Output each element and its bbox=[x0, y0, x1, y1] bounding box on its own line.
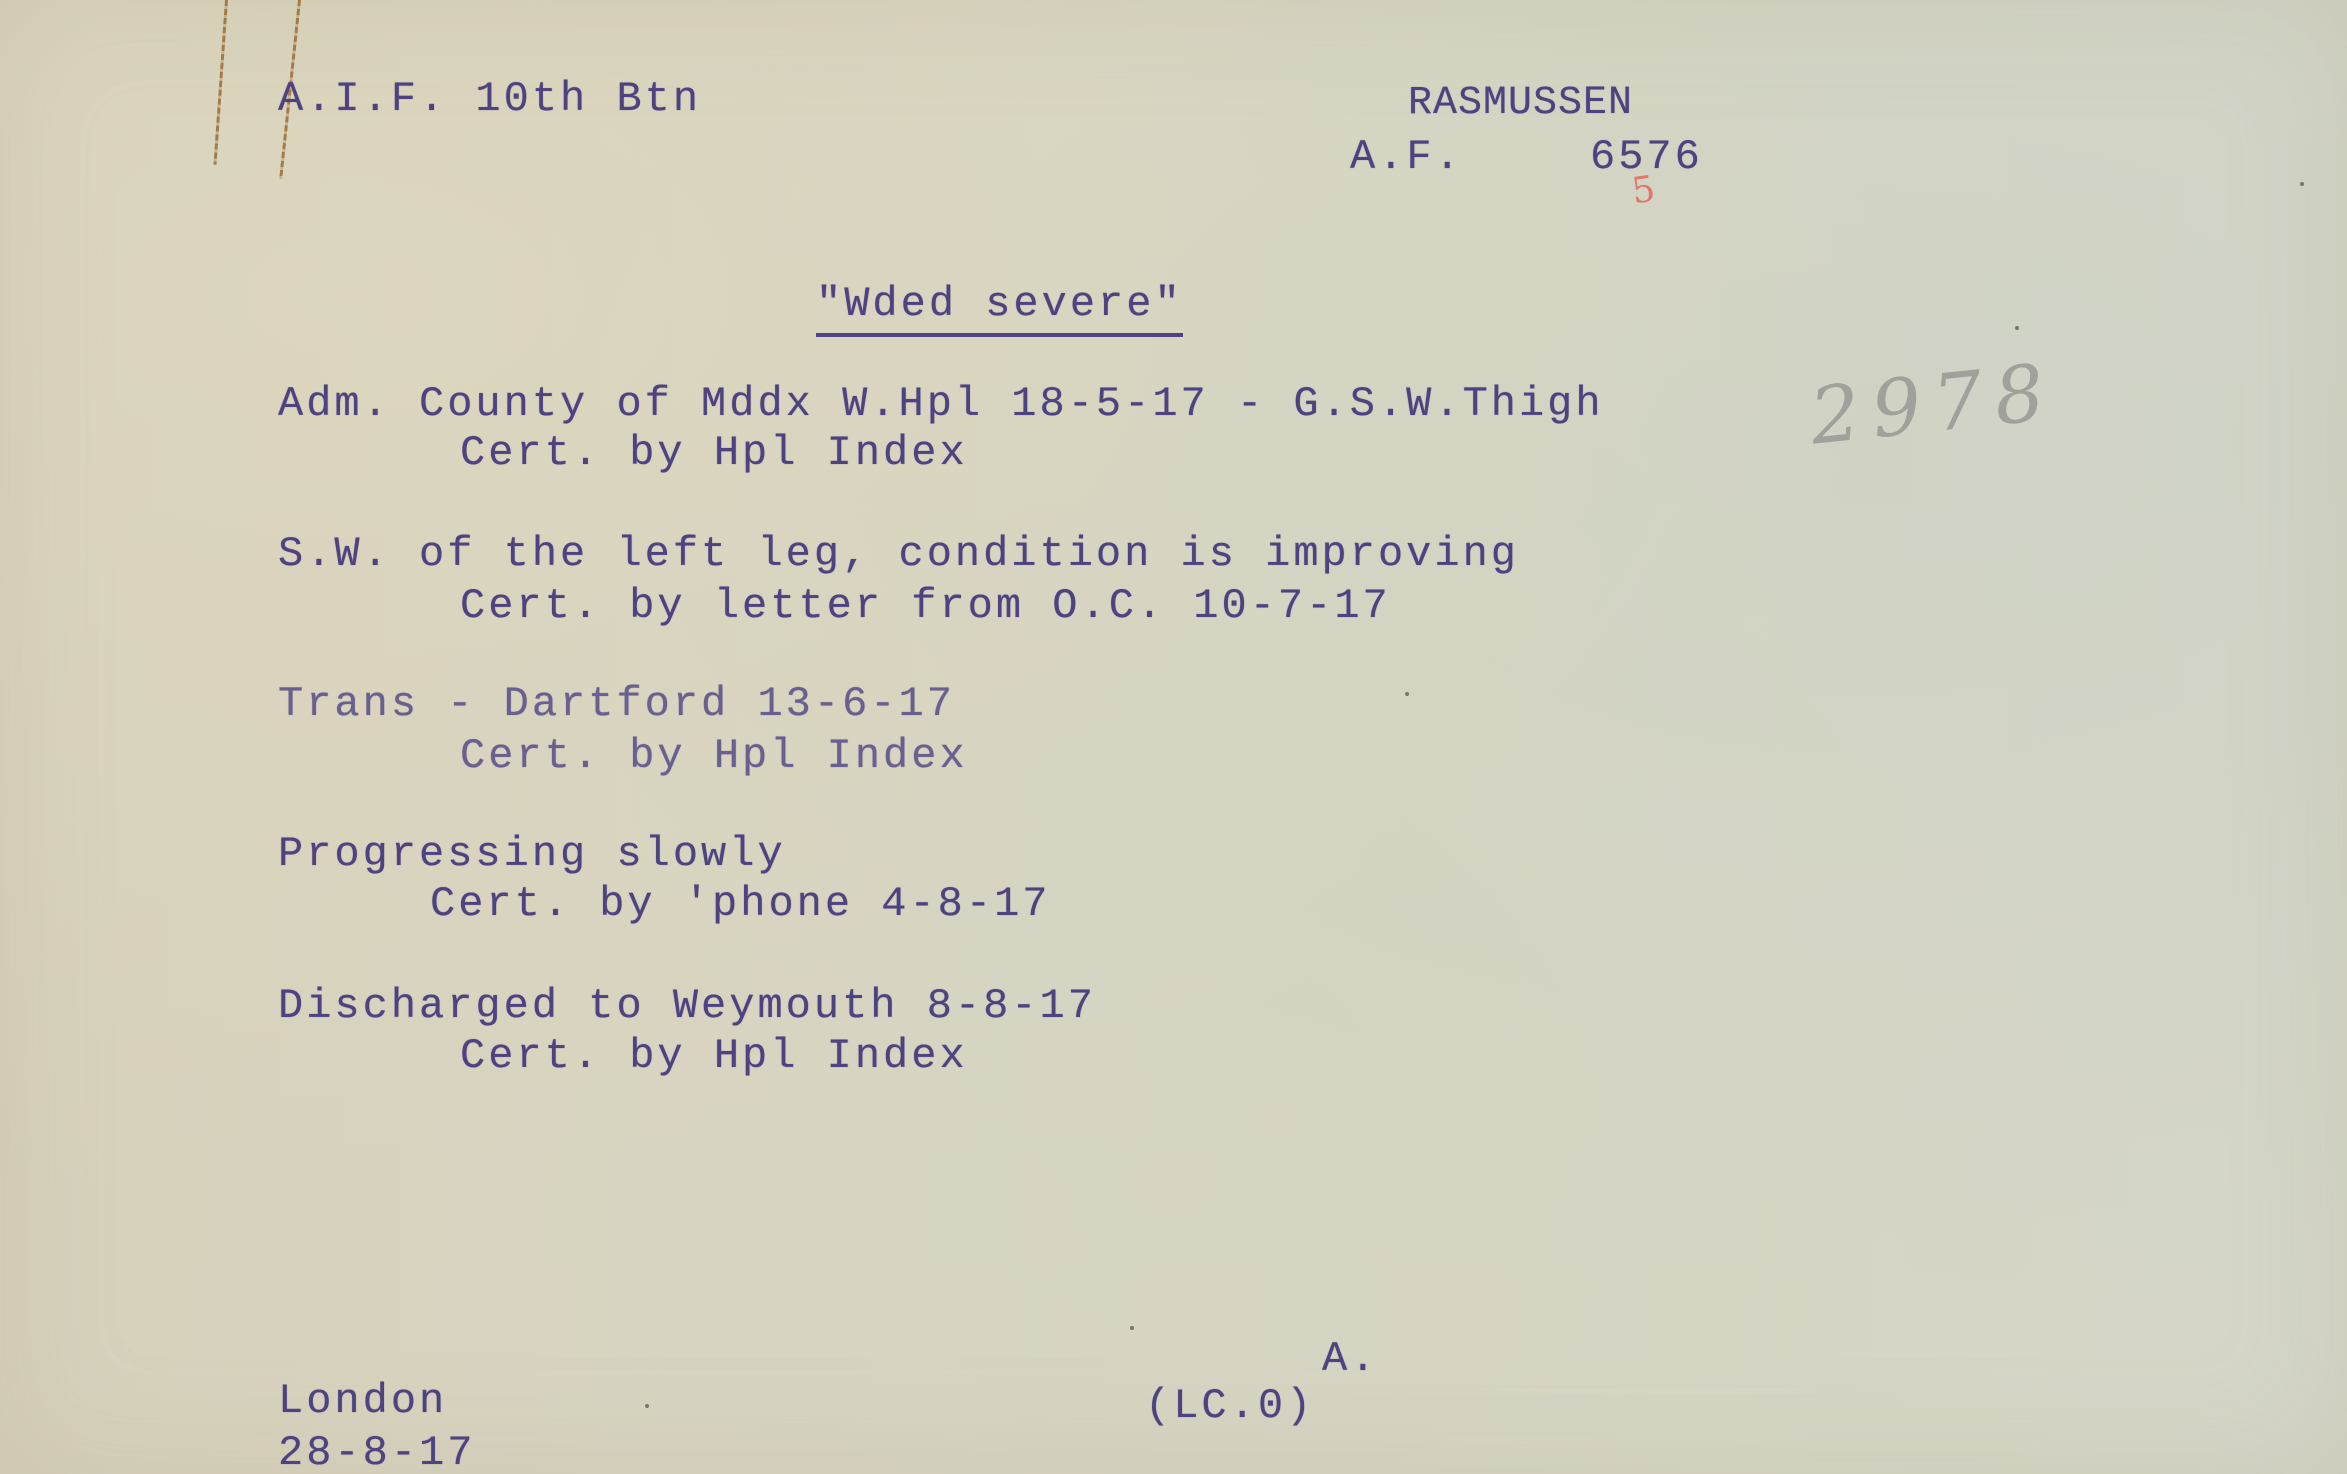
paper-speck bbox=[1405, 692, 1409, 696]
entry-text: S.W. of the left leg, condition is impro… bbox=[278, 533, 1519, 575]
soldier-surname: RASMUSSEN bbox=[1408, 84, 1633, 124]
unit-label: A.I.F. 10th Btn bbox=[278, 78, 701, 120]
entry-text: Progressing slowly bbox=[278, 833, 786, 875]
status-heading: "Wded severe" bbox=[816, 283, 1183, 337]
paper-speck bbox=[645, 1404, 649, 1408]
entry-cert: Cert. by Hpl Index bbox=[460, 432, 968, 474]
handwritten-number: 2978 bbox=[1806, 347, 2061, 462]
footer-date: 28-8-17 bbox=[278, 1432, 475, 1474]
entry-text: Trans - Dartford 13-6-17 bbox=[278, 683, 955, 725]
office-mark: A. bbox=[1322, 1338, 1378, 1380]
entry-cert: Cert. by letter from O.C. 10-7-17 bbox=[460, 585, 1391, 627]
entry-text: Discharged to Weymouth 8-8-17 bbox=[278, 985, 1096, 1027]
entry-cert: Cert. by 'phone 4-8-17 bbox=[430, 883, 1051, 925]
paper-speck bbox=[1130, 1326, 1134, 1330]
entry-cert: Cert. by Hpl Index bbox=[460, 735, 968, 777]
paper-speck bbox=[2300, 182, 2304, 186]
entry-text: Adm. County of Mddx W.Hpl 18-5-17 - G.S.… bbox=[278, 383, 1604, 425]
office-code: (LC.0) bbox=[1145, 1385, 1314, 1427]
footer-place: London bbox=[278, 1380, 447, 1422]
fold-line bbox=[213, 0, 228, 165]
entry-cert: Cert. by Hpl Index bbox=[460, 1035, 968, 1077]
paper-speck bbox=[2015, 326, 2019, 330]
paper-background bbox=[0, 0, 2347, 1474]
soldier-initials: A.F. bbox=[1350, 136, 1463, 178]
